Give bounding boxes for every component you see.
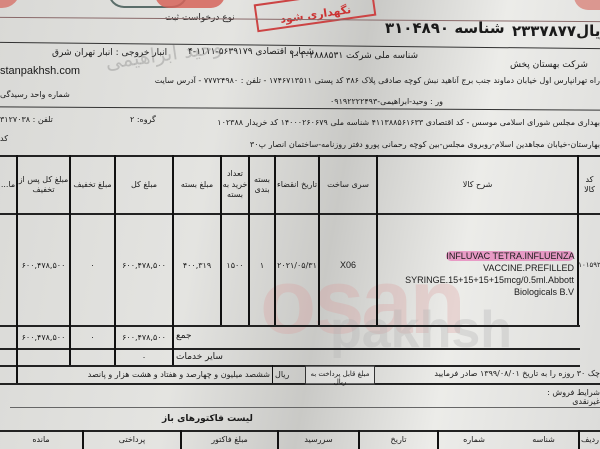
buyer-name: بهداری مجلس شورای اسلامی موسس - کد اقتصا… <box>200 118 600 127</box>
col-description: شرح کالا <box>378 157 577 213</box>
cell-discount: ۰ <box>71 255 114 275</box>
cell-description: INFLUVAC TETRA.INFLUENZA VACCINE.PREFILL… <box>380 250 574 299</box>
logo-fragment <box>0 0 20 8</box>
cell-total: ۶۰۰,۴۷۸,۵۰۰ <box>116 255 172 275</box>
col-discount: مبلغ تخفیف <box>71 157 114 213</box>
amount-in-words: ششصد میلیون و چهارصد و هفتاد و هشت هزار … <box>20 370 270 379</box>
buyer-address: بهارستان-خیابان مجاهدین اسلام-روبروی مجل… <box>228 140 600 149</box>
sum-label: جمع <box>176 331 192 341</box>
footer-divider <box>10 407 600 408</box>
buyer-contact: ور : وحید-ابراهیمی-۰۹۱۹۲۲۲۲۴۹۳ <box>330 97 443 106</box>
cell-packing: ۱ <box>250 255 274 275</box>
open-invoices-title: لیست فاکتورهای باز <box>162 414 253 424</box>
highlighted-product-name: INFLUVAC TETRA.INFLUENZA <box>446 251 574 261</box>
invoice-id: شناسه ۳۱۰۴۸۹۰ <box>385 19 505 37</box>
open-col-amount: مبلغ فاکتور <box>182 432 277 449</box>
buyer-phone: تلفن : ۳۱۲۷۰۳۸ <box>0 115 53 124</box>
open-col-due: سررسید <box>279 432 358 449</box>
other-services-value: ۰ <box>116 350 172 365</box>
col-unit-price: مبلغ بسته <box>174 157 220 213</box>
cell-net: ۶۰۰,۴۷۸,۵۰۰ <box>18 255 69 275</box>
col-code: کد کالا <box>579 157 600 213</box>
invoice-serial: سریال۲۳۳۷۸۷۷ <box>512 22 600 40</box>
check-note: چک ۳۰ روزه را به تاریخ ۱۳۹۹/۰۸/۰۱ صادر ف… <box>375 369 600 378</box>
cell-batch: X06 <box>320 255 376 275</box>
open-col-date: تاریخ <box>360 432 437 449</box>
cell-expiry: ۲۰۲۱/۰۵/۳۱ <box>276 255 318 275</box>
sum-discount: ۰ <box>71 327 114 348</box>
open-col-row: ردیف <box>580 432 600 449</box>
payable-label-box: مبلغ قابل پرداخت به ریال <box>305 365 375 385</box>
buyer-divider <box>0 106 600 110</box>
col-net: مبلغ کل پس از تخفیف <box>18 157 69 213</box>
col-tax: ما... <box>0 157 16 213</box>
payable-unit: ریال <box>275 370 289 379</box>
buyer-group: گروه: ۲ <box>130 115 156 124</box>
open-col-paid: پرداختی <box>84 432 180 449</box>
open-col-number: شماره <box>439 432 509 449</box>
buyer-code-label: کد <box>0 134 8 143</box>
receipt-unit: شماره واحد رسیدگی <box>0 90 70 99</box>
sum-total: ۶۰۰,۴۷۸,۵۰۰ <box>116 327 172 348</box>
col-total: مبلغ کل <box>116 157 172 213</box>
other-services-label: سایر خدمات <box>176 352 223 362</box>
keep-stamp: نگهداری شود <box>254 0 377 32</box>
seller-company: شرکت بهستان پخش <box>510 60 588 70</box>
open-col-id: شناسه <box>509 432 578 449</box>
sum-net: ۶۰۰,۴۷۸,۵۰۰ <box>18 327 69 348</box>
seller-address: راه تهرانپارس اول خیابان دماوند جنب برج … <box>125 76 600 85</box>
col-qty: تعداد خرید به بسته <box>222 157 248 213</box>
watermark-text: pakhsh <box>330 300 512 360</box>
col-packing: بسته بندی <box>250 157 274 213</box>
website: stanpakhsh.com <box>0 65 80 77</box>
sale-terms: شرایط فروش : غیرنقدی <box>540 388 600 406</box>
cell-qty: ۱۵۰۰ <box>222 255 248 275</box>
logo-accent <box>155 0 225 8</box>
logo-fragment-right <box>574 0 600 10</box>
col-batch: سری ساخت <box>320 157 376 213</box>
cell-code: ۱۰۱۵۹۲ <box>579 255 600 275</box>
cell-unit-price: ۴۰۰,۳۱۹ <box>174 255 220 275</box>
col-expiry: تاریخ انقضاء <box>276 157 318 213</box>
handwritten-name: وحید ابراهیمی <box>104 34 224 74</box>
open-col-remaining: مانده <box>0 432 82 449</box>
